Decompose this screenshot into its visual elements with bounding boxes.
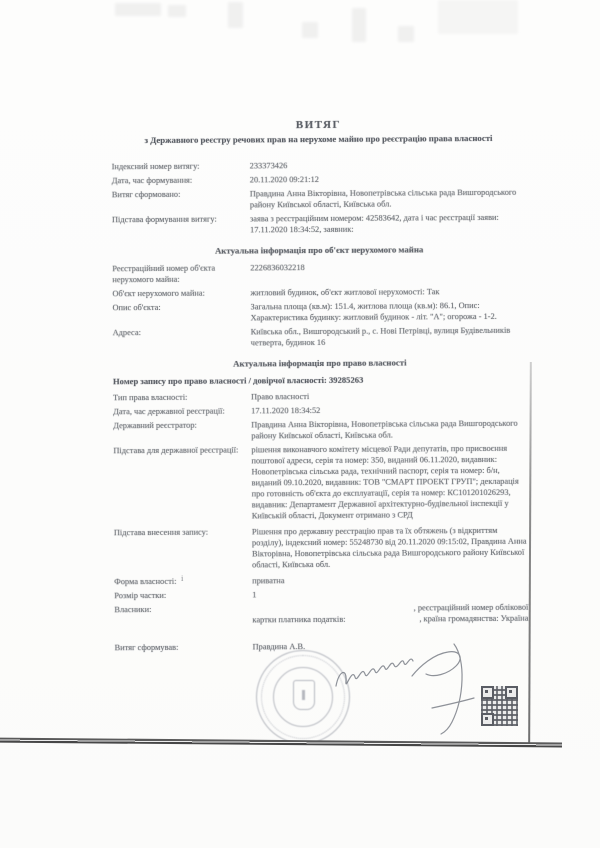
page-right-edge-line <box>528 362 532 743</box>
field-label: Підстава формування витягу: <box>112 213 250 236</box>
field-row-object-reg-number: Реєстраційний номер об'єкта нерухомого м… <box>112 261 526 286</box>
field-value: житловий будинок, об'єкт житлової нерухо… <box>250 286 526 299</box>
field-label: Підстава внесення запису: <box>114 526 252 571</box>
field-label: Розмір частки: <box>114 589 252 601</box>
field-value: 1 <box>252 588 528 601</box>
field-row-formation-datetime: Дата, час формування: 20.11.2020 09:21:1… <box>112 173 526 187</box>
section-heading-ownership: Актуальна інформація про право власності <box>113 357 527 371</box>
field-row-registration-basis: Підстава для державної реєстрації: рішен… <box>113 443 527 523</box>
field-value: 17.11.2020 18:34:52 <box>251 404 527 417</box>
field-label: Витяг сформовано: <box>112 188 250 211</box>
field-label: Дата, час формування: <box>112 174 250 186</box>
field-label: Державний реєстратор: <box>113 419 251 442</box>
scan-artifact <box>398 26 414 42</box>
field-row-owners: Власники: , реєстраційний номер обліково… <box>114 602 528 627</box>
field-row-address: Адреса: Київська обл., Вишгородський р.,… <box>113 325 527 350</box>
field-value: Київська обл., Вишгородський р., с. Нові… <box>251 325 527 349</box>
scan-artifact <box>438 0 518 34</box>
qr-code-icon <box>481 686 518 726</box>
field-label: Реєстраційний номер об'єкта нерухомого м… <box>112 262 250 285</box>
field-value: Правдина Анна Вікторівна, Новопетрівська… <box>251 418 527 442</box>
qr-finder-pattern <box>481 686 494 699</box>
section-heading-object: Актуальна інформація про об'єкт нерухомо… <box>112 244 526 258</box>
field-label: Адреса: <box>113 326 251 349</box>
owners-line-2: картки платника податків: , країна грома… <box>252 613 528 626</box>
field-row-ownership-form: Форма власності: приватна <box>114 574 528 588</box>
field-value: Загальна площа (кв.м): 151.4, житлова пл… <box>250 300 526 324</box>
field-row-formation-basis: Підстава формування витягу: заява з реєс… <box>112 212 526 237</box>
field-value: 20.11.2020 09:21:12 <box>250 173 526 186</box>
field-value: Право власності <box>251 390 527 403</box>
field-row-ownership-type: Тип права власності: Право власності <box>113 390 527 404</box>
scan-artifact <box>168 5 186 17</box>
stray-scan-character: і <box>181 573 183 583</box>
field-label: Підстава для державної реєстрації: <box>113 444 251 522</box>
field-value: заява з реєстраційним номером: 42583642,… <box>250 212 526 236</box>
owners-taxcard-label: картки платника податків: <box>252 614 345 626</box>
field-value: приватна <box>252 574 528 587</box>
field-row-record-entry-basis: Підстава внесення запису: Рішення про де… <box>114 525 528 572</box>
scanned-extract-page: ВИТЯГ з Державного реєстру речових прав … <box>0 0 600 848</box>
scan-artifact <box>302 22 318 38</box>
document-body: ВИТЯГ з Державного реєстру речових прав … <box>111 119 528 657</box>
scan-artifact <box>115 3 161 16</box>
field-row-formed-by: Витяг сформовано: Правдина Анна Вікторів… <box>112 187 526 212</box>
field-label: Дата, час державної реєстрації: <box>113 405 251 417</box>
field-value: 233373426 <box>250 159 526 172</box>
scan-artifact <box>228 2 243 28</box>
field-value: , реєстраційний номер облікової картки п… <box>252 602 528 626</box>
field-label: Власники: <box>114 603 252 626</box>
field-value: Правдина Анна Вікторівна, Новопетрівська… <box>250 187 526 211</box>
ownership-record-number-line: Номер запису про право власності / довір… <box>113 374 527 388</box>
scan-artifact <box>352 8 366 42</box>
field-row-object-type: Об'єкт нерухомого майна: житловий будино… <box>112 286 526 300</box>
field-row-index-number: Індексний номер витягу: 233373426 <box>112 159 526 173</box>
field-row-share-size: Розмір частки: 1 <box>114 588 528 602</box>
field-label: Витяг сформував: <box>115 641 253 653</box>
field-row-object-description: Опис об'єкта: Загальна площа (кв.м): 151… <box>112 300 526 325</box>
owners-citizenship: , країна громадянства: Україна <box>419 613 528 625</box>
field-label: Об'єкт нерухомого майна: <box>112 287 250 299</box>
field-value: Рішення про державну реєстрацію прав та … <box>252 525 528 571</box>
field-value: 2226836032218 <box>250 261 526 285</box>
qr-finder-pattern <box>481 713 494 726</box>
seal-emblem-icon <box>293 680 315 710</box>
field-label: Тип права власності: <box>113 391 251 403</box>
signature-icon <box>328 638 498 748</box>
page-subtitle: з Державного реєстру речових прав на нер… <box>111 133 525 147</box>
field-row-registration-datetime: Дата, час державної реєстрації: 17.11.20… <box>113 404 527 418</box>
field-label: Індексний номер витягу: <box>112 160 250 172</box>
field-label: Опис об'єкта: <box>112 301 250 324</box>
qr-finder-pattern <box>505 686 518 699</box>
field-value: рішення виконавчого комітету місцевої Ра… <box>251 443 527 522</box>
field-row-state-registrar: Державний реєстратор: Правдина Анна Вікт… <box>113 418 527 443</box>
page-title: ВИТЯГ <box>111 119 525 133</box>
